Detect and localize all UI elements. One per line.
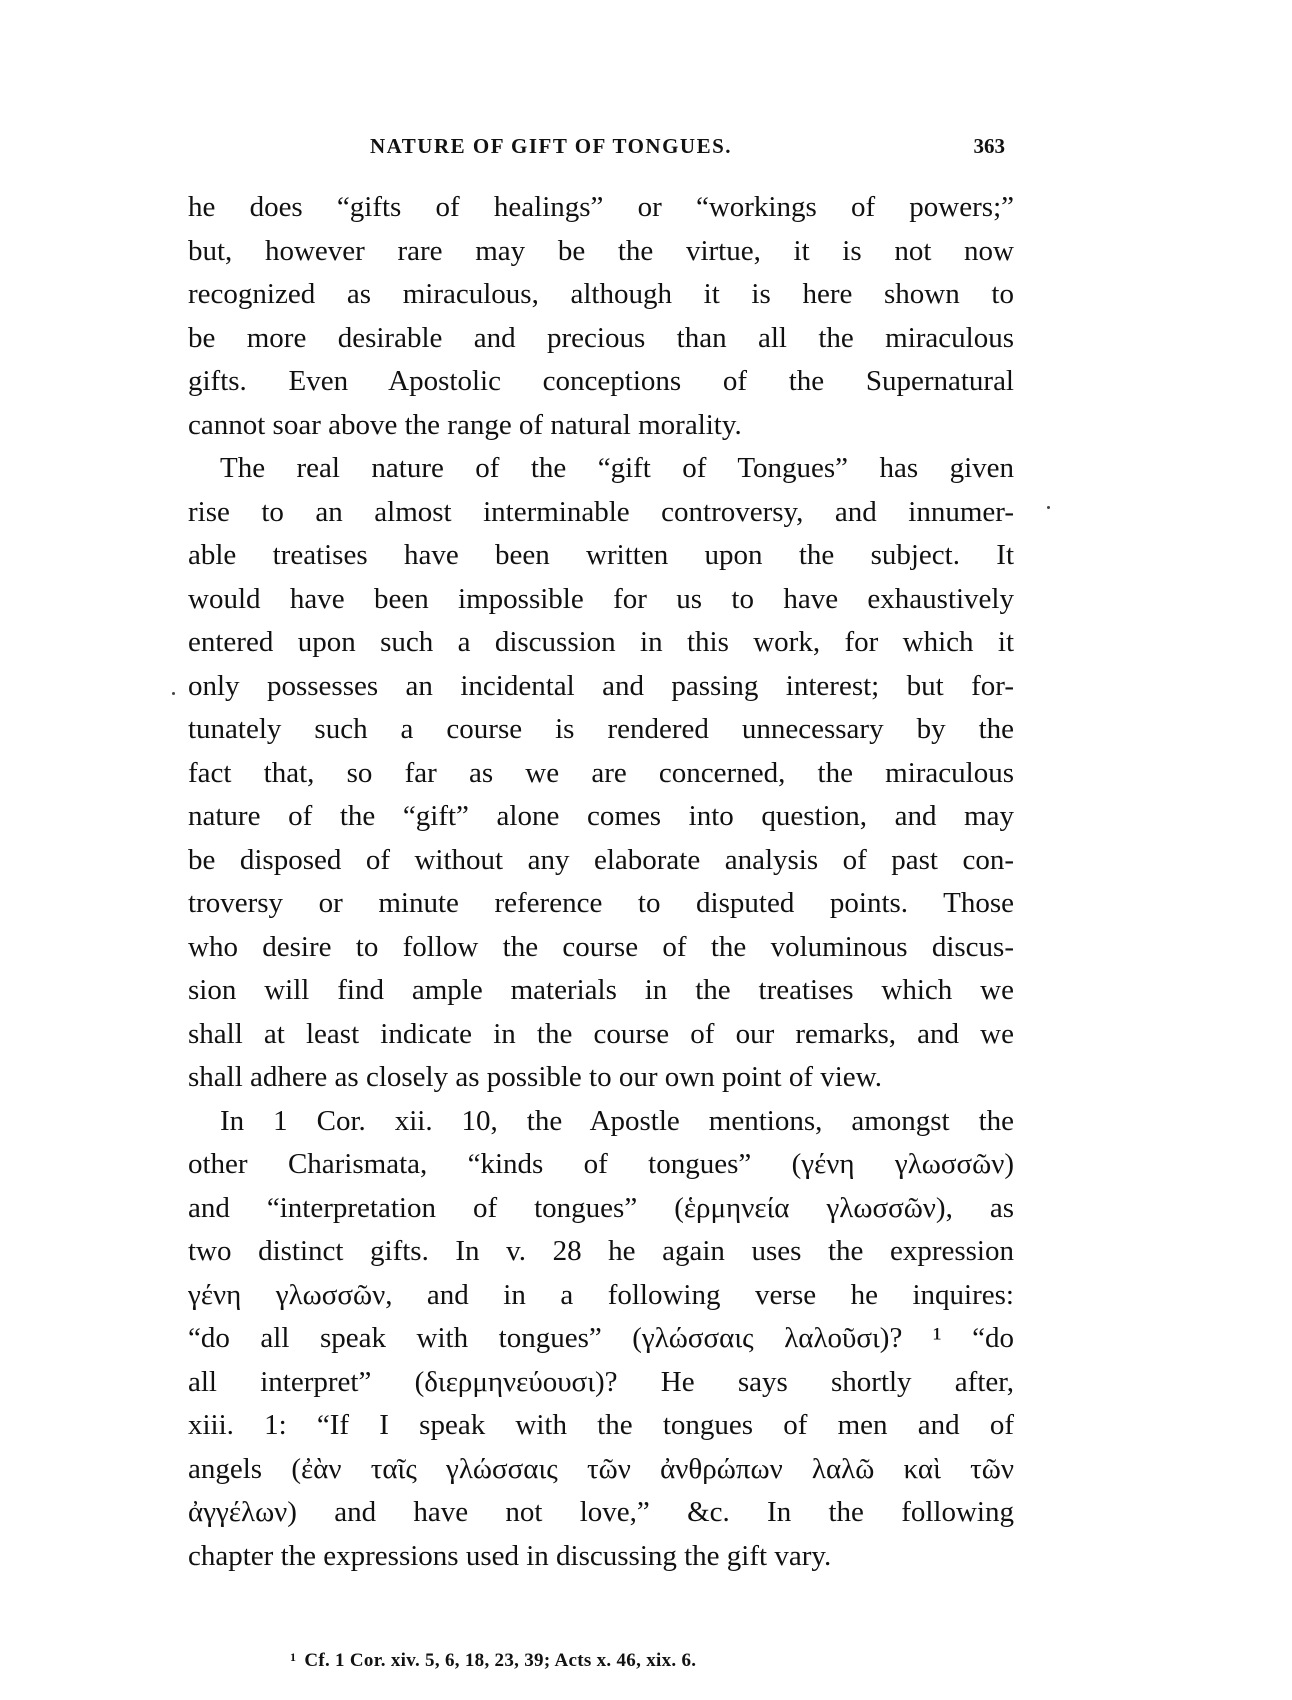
text-line: chapter the expressions used in discussi… <box>188 1535 1014 1579</box>
body-text: he does “gifts of healings” or “workings… <box>188 186 1014 1578</box>
text-line: shall at least indicate in the course of… <box>188 1013 1014 1057</box>
text-line: would have been impossible for us to hav… <box>188 578 1014 622</box>
text-line: In 1 Cor. xii. 10, the Apostle mentions,… <box>188 1100 1014 1144</box>
text-line: other Charismata, “kinds of tongues” (γέ… <box>188 1143 1014 1187</box>
footnote: 1Cf. 1 Cor. xiv. 5, 6, 18, 23, 39; Acts … <box>290 1650 990 1672</box>
text-line: all interpret” (διερμηνεύουσι)? He says … <box>188 1361 1014 1405</box>
text-line: be more desirable and precious than all … <box>188 317 1014 361</box>
text-line: The real nature of the “gift of Tongues”… <box>188 447 1014 491</box>
text-line: he does “gifts of healings” or “workings… <box>188 186 1014 230</box>
text-line: gifts. Even Apostolic conceptions of the… <box>188 360 1014 404</box>
running-header: NATURE OF GIFT OF TONGUES. 363 <box>360 134 1005 170</box>
text-line: troversy or minute reference to disputed… <box>188 882 1014 926</box>
scan-speck <box>1047 506 1050 509</box>
text-line: angels (ἐὰν ταῖς γλώσσαις τῶν ἀνθρώπων λ… <box>188 1448 1014 1492</box>
text-line: and “interpretation of tongues” (ἑρμηνεί… <box>188 1187 1014 1231</box>
text-line: xiii. 1: “If I speak with the tongues of… <box>188 1404 1014 1448</box>
text-line: rise to an almost interminable controver… <box>188 491 1014 535</box>
text-line: γένη γλωσσῶν, and in a following verse h… <box>188 1274 1014 1318</box>
text-line: entered upon such a discussion in this w… <box>188 621 1014 665</box>
text-line: able treatises have been written upon th… <box>188 534 1014 578</box>
text-line: two distinct gifts. In v. 28 he again us… <box>188 1230 1014 1274</box>
text-line: “do all speak with tongues” (γλώσσαις λα… <box>188 1317 1014 1361</box>
text-line: be disposed of without any elaborate ana… <box>188 839 1014 883</box>
footnote-text: Cf. 1 Cor. xiv. 5, 6, 18, 23, 39; Acts x… <box>304 1650 696 1671</box>
text-line: shall adhere as closely as possible to o… <box>188 1056 1014 1100</box>
page-number: 363 <box>974 134 1006 159</box>
text-line: nature of the “gift” alone comes into qu… <box>188 795 1014 839</box>
text-line: ἀγγέλων) and have not love,” &c. In the … <box>188 1491 1014 1535</box>
text-line: cannot soar above the range of natural m… <box>188 404 1014 448</box>
footnote-marker: 1 <box>290 1650 296 1664</box>
text-line: only possesses an incidental and passing… <box>188 665 1014 709</box>
text-line: tunately such a course is rendered unnec… <box>188 708 1014 752</box>
running-title: NATURE OF GIFT OF TONGUES. <box>370 134 732 159</box>
text-line: fact that, so far as we are concerned, t… <box>188 752 1014 796</box>
text-line: but, however rare may be the virtue, it … <box>188 230 1014 274</box>
book-page: NATURE OF GIFT OF TONGUES. 363 he does “… <box>0 0 1292 1700</box>
scan-speck <box>172 692 175 695</box>
text-line: who desire to follow the course of the v… <box>188 926 1014 970</box>
text-line: recognized as miraculous, although it is… <box>188 273 1014 317</box>
text-line: sion will find ample materials in the tr… <box>188 969 1014 1013</box>
